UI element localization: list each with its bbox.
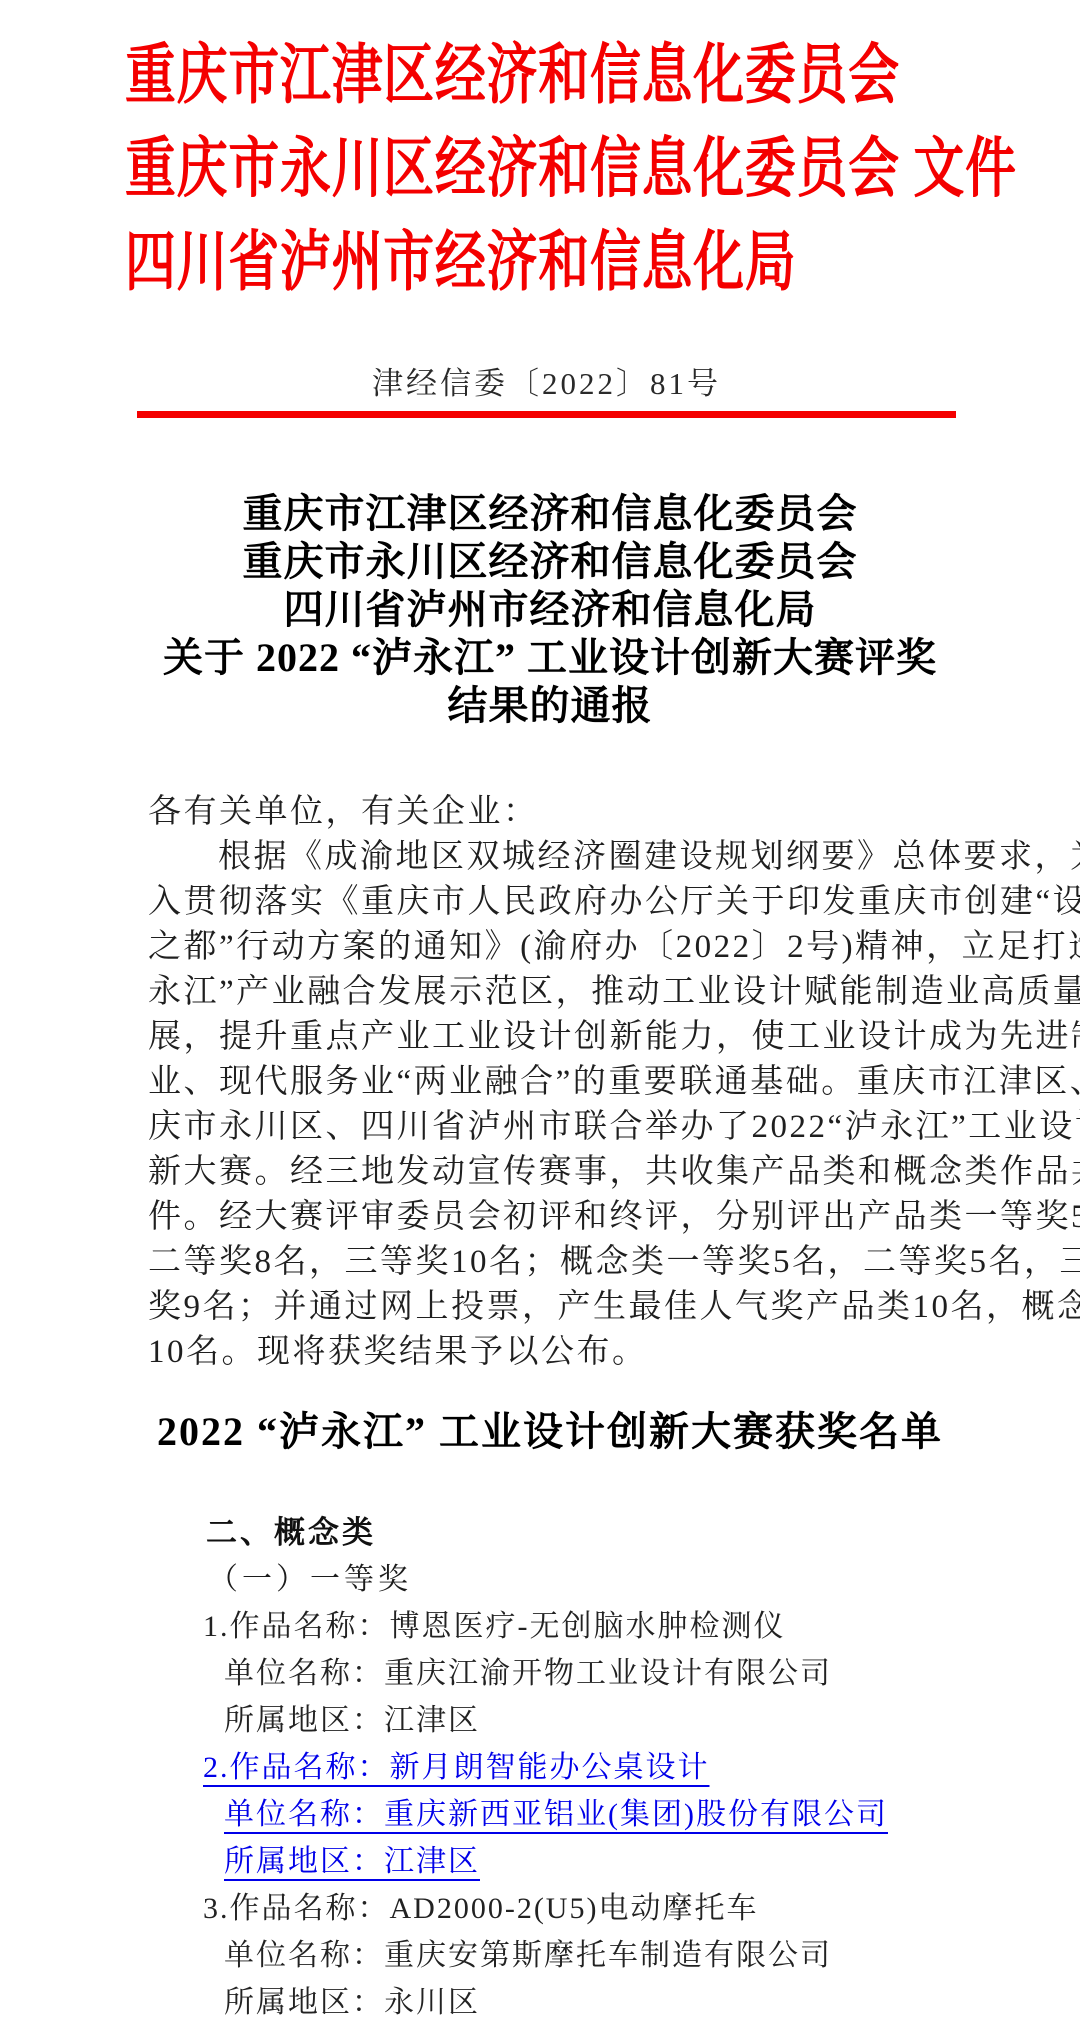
entry-1-work-name: 1.作品名称：博恩医疗-无创脑水肿检测仪	[0, 1603, 1080, 1650]
entry-3-region: 所属地区：永川区	[0, 1979, 1080, 2026]
award-level-heading: （一）一等奖	[0, 1556, 1080, 1603]
entry-2-region-link[interactable]: 所属地区：江津区	[0, 1838, 1080, 1885]
letterhead-line-1: 重庆市江津区经济和信息化委员会	[125, 30, 945, 123]
body-line: 件。经大赛评审委员会初评和终评，分别评出产品类一等奖5名，	[148, 1195, 960, 1240]
body-line: 入贯彻落实《重庆市人民政府办公厅关于印发重庆市创建“设计	[148, 880, 960, 925]
entry-3-org-name: 单位名称：重庆安第斯摩托车制造有限公司	[0, 1932, 1080, 1979]
entry-2-work-name-link[interactable]: 2.作品名称：新月朗智能办公桌设计	[0, 1744, 1080, 1791]
body-line: 业、现代服务业“两业融合”的重要联通基础。重庆市江津区、重	[148, 1060, 960, 1105]
entry-3-work-name: 3.作品名称：AD2000-2(U5)电动摩托车	[0, 1885, 1080, 1932]
awards-list: 二、概念类 （一）一等奖 1.作品名称：博恩医疗-无创脑水肿检测仪 单位名称：重…	[0, 1509, 1080, 2026]
document-number: 津经信委〔2022〕81号	[137, 358, 956, 403]
category-heading: 二、概念类	[0, 1509, 1080, 1556]
entry-1-org-name: 单位名称：重庆江渝开物工业设计有限公司	[0, 1650, 1080, 1697]
letterhead-line-2: 重庆市永川区经济和信息化委员会 文件	[125, 123, 945, 216]
title-line-2: 重庆市永川区经济和信息化委员会	[110, 538, 990, 586]
letterhead: 重庆市江津区经济和信息化委员会 重庆市永川区经济和信息化委员会 文件 四川省泸州…	[125, 30, 945, 310]
body-line: 庆市永川区、四川省泸州市联合举办了2022“泸永江”工业设计创	[148, 1105, 960, 1150]
document-title: 重庆市江津区经济和信息化委员会 重庆市永川区经济和信息化委员会 四川省泸州市经济…	[110, 490, 990, 730]
entry-2-org-name-link[interactable]: 单位名称：重庆新西亚铝业(集团)股份有限公司	[0, 1791, 1080, 1838]
red-divider	[137, 411, 956, 418]
body-salutation: 各有关单位，有关企业：	[148, 790, 960, 835]
awards-list-heading: 2022 “泸永江” 工业设计创新大赛获奖名单	[110, 1408, 990, 1456]
body-line: 根据《成渝地区双城经济圈建设规划纲要》总体要求，为深	[148, 835, 960, 880]
body-line: 二等奖8名，三等奖10名；概念类一等奖5名，二等奖5名，三等	[148, 1240, 960, 1285]
title-line-4: 关于 2022 “泸永江” 工业设计创新大赛评奖	[110, 634, 990, 682]
title-line-1: 重庆市江津区经济和信息化委员会	[110, 490, 990, 538]
body-line: 新大赛。经三地发动宣传赛事，共收集产品类和概念类作品共306	[148, 1150, 960, 1195]
document-page: 重庆市江津区经济和信息化委员会 重庆市永川区经济和信息化委员会 文件 四川省泸州…	[0, 0, 1080, 2030]
body-line: 奖9名；并通过网上投票，产生最佳人气奖产品类10名，概念类	[148, 1285, 960, 1330]
entry-1-region: 所属地区：江津区	[0, 1697, 1080, 1744]
body-line: 永江”产业融合发展示范区，推动工业设计赋能制造业高质量发	[148, 970, 960, 1015]
letterhead-line-3: 四川省泸州市经济和信息化局	[125, 217, 945, 310]
title-line-3: 四川省泸州市经济和信息化局	[110, 586, 990, 634]
body-line: 展，提升重点产业工业设计创新能力，使工业设计成为先进制造	[148, 1015, 960, 1060]
body-line: 之都”行动方案的通知》(渝府办〔2022〕2号)精神，立足打造“泸	[148, 925, 960, 970]
title-line-5: 结果的通报	[110, 682, 990, 730]
body-line: 10名。现将获奖结果予以公布。	[148, 1330, 960, 1375]
body-paragraph: 各有关单位，有关企业： 根据《成渝地区双城经济圈建设规划纲要》总体要求，为深 入…	[148, 790, 960, 1375]
